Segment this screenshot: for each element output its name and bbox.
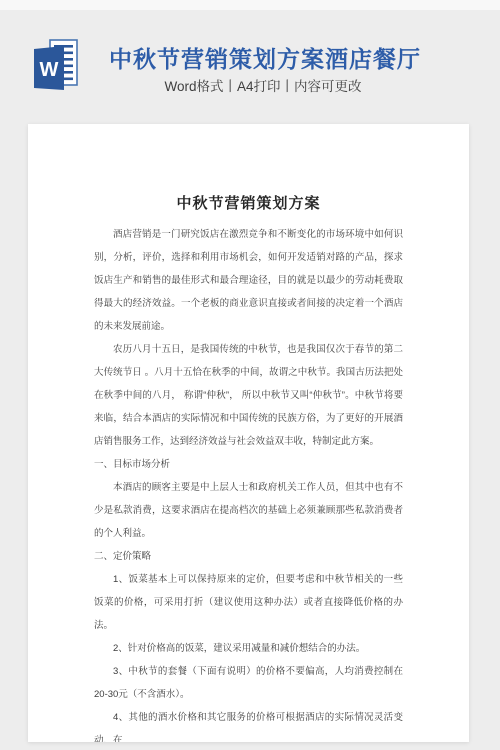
list-item: 2、针对价格高的饭菜，建议采用减量和减价想结合的办法。 <box>94 637 403 660</box>
document-title: 中秋节营销策划方案 <box>94 192 403 215</box>
paragraph: 酒店营销是一门研究饭店在激烈竞争和不断变化的市场环境中如何识别，分析，评价，选择… <box>94 223 403 338</box>
list-item: 4、其他的酒水价格和其它服务的价格可根据酒店的实际情况灵活变动，在 <box>94 706 403 742</box>
template-title: 中秋节营销策划方案酒店餐厅 <box>30 42 500 76</box>
section-heading: 二、定价策略 <box>94 545 403 568</box>
document-page: 中秋节营销策划方案 酒店营销是一门研究饭店在激烈竞争和不断变化的市场环境中如何识… <box>28 124 469 742</box>
paragraph: 本酒店的顾客主要是中上层人士和政府机关工作人员，但其中也有不少是私款消费，这要求… <box>94 476 403 545</box>
list-item: 1、饭菜基本上可以保持原来的定价，但要考虑和中秋节相关的一些饭菜的价格，可采用打… <box>94 568 403 637</box>
paragraph: 农历八月十五日，是我国传统的中秋节，也是我国仅次于春节的第二大传统节日 。八月十… <box>94 338 403 453</box>
header: W 中秋节营销策划方案酒店餐厅 Word格式丨A4打印丨内容可更改 <box>0 0 500 96</box>
word-icon: W <box>30 38 78 90</box>
list-item: 3、中秋节的套餐（下面有说明）的价格不要偏高，人均消费控制在20-30元（不含酒… <box>94 660 403 706</box>
template-subtitle: Word格式丨A4打印丨内容可更改 <box>26 78 500 96</box>
word-icon-letter: W <box>40 59 59 81</box>
section-heading: 一、目标市场分析 <box>94 453 403 476</box>
